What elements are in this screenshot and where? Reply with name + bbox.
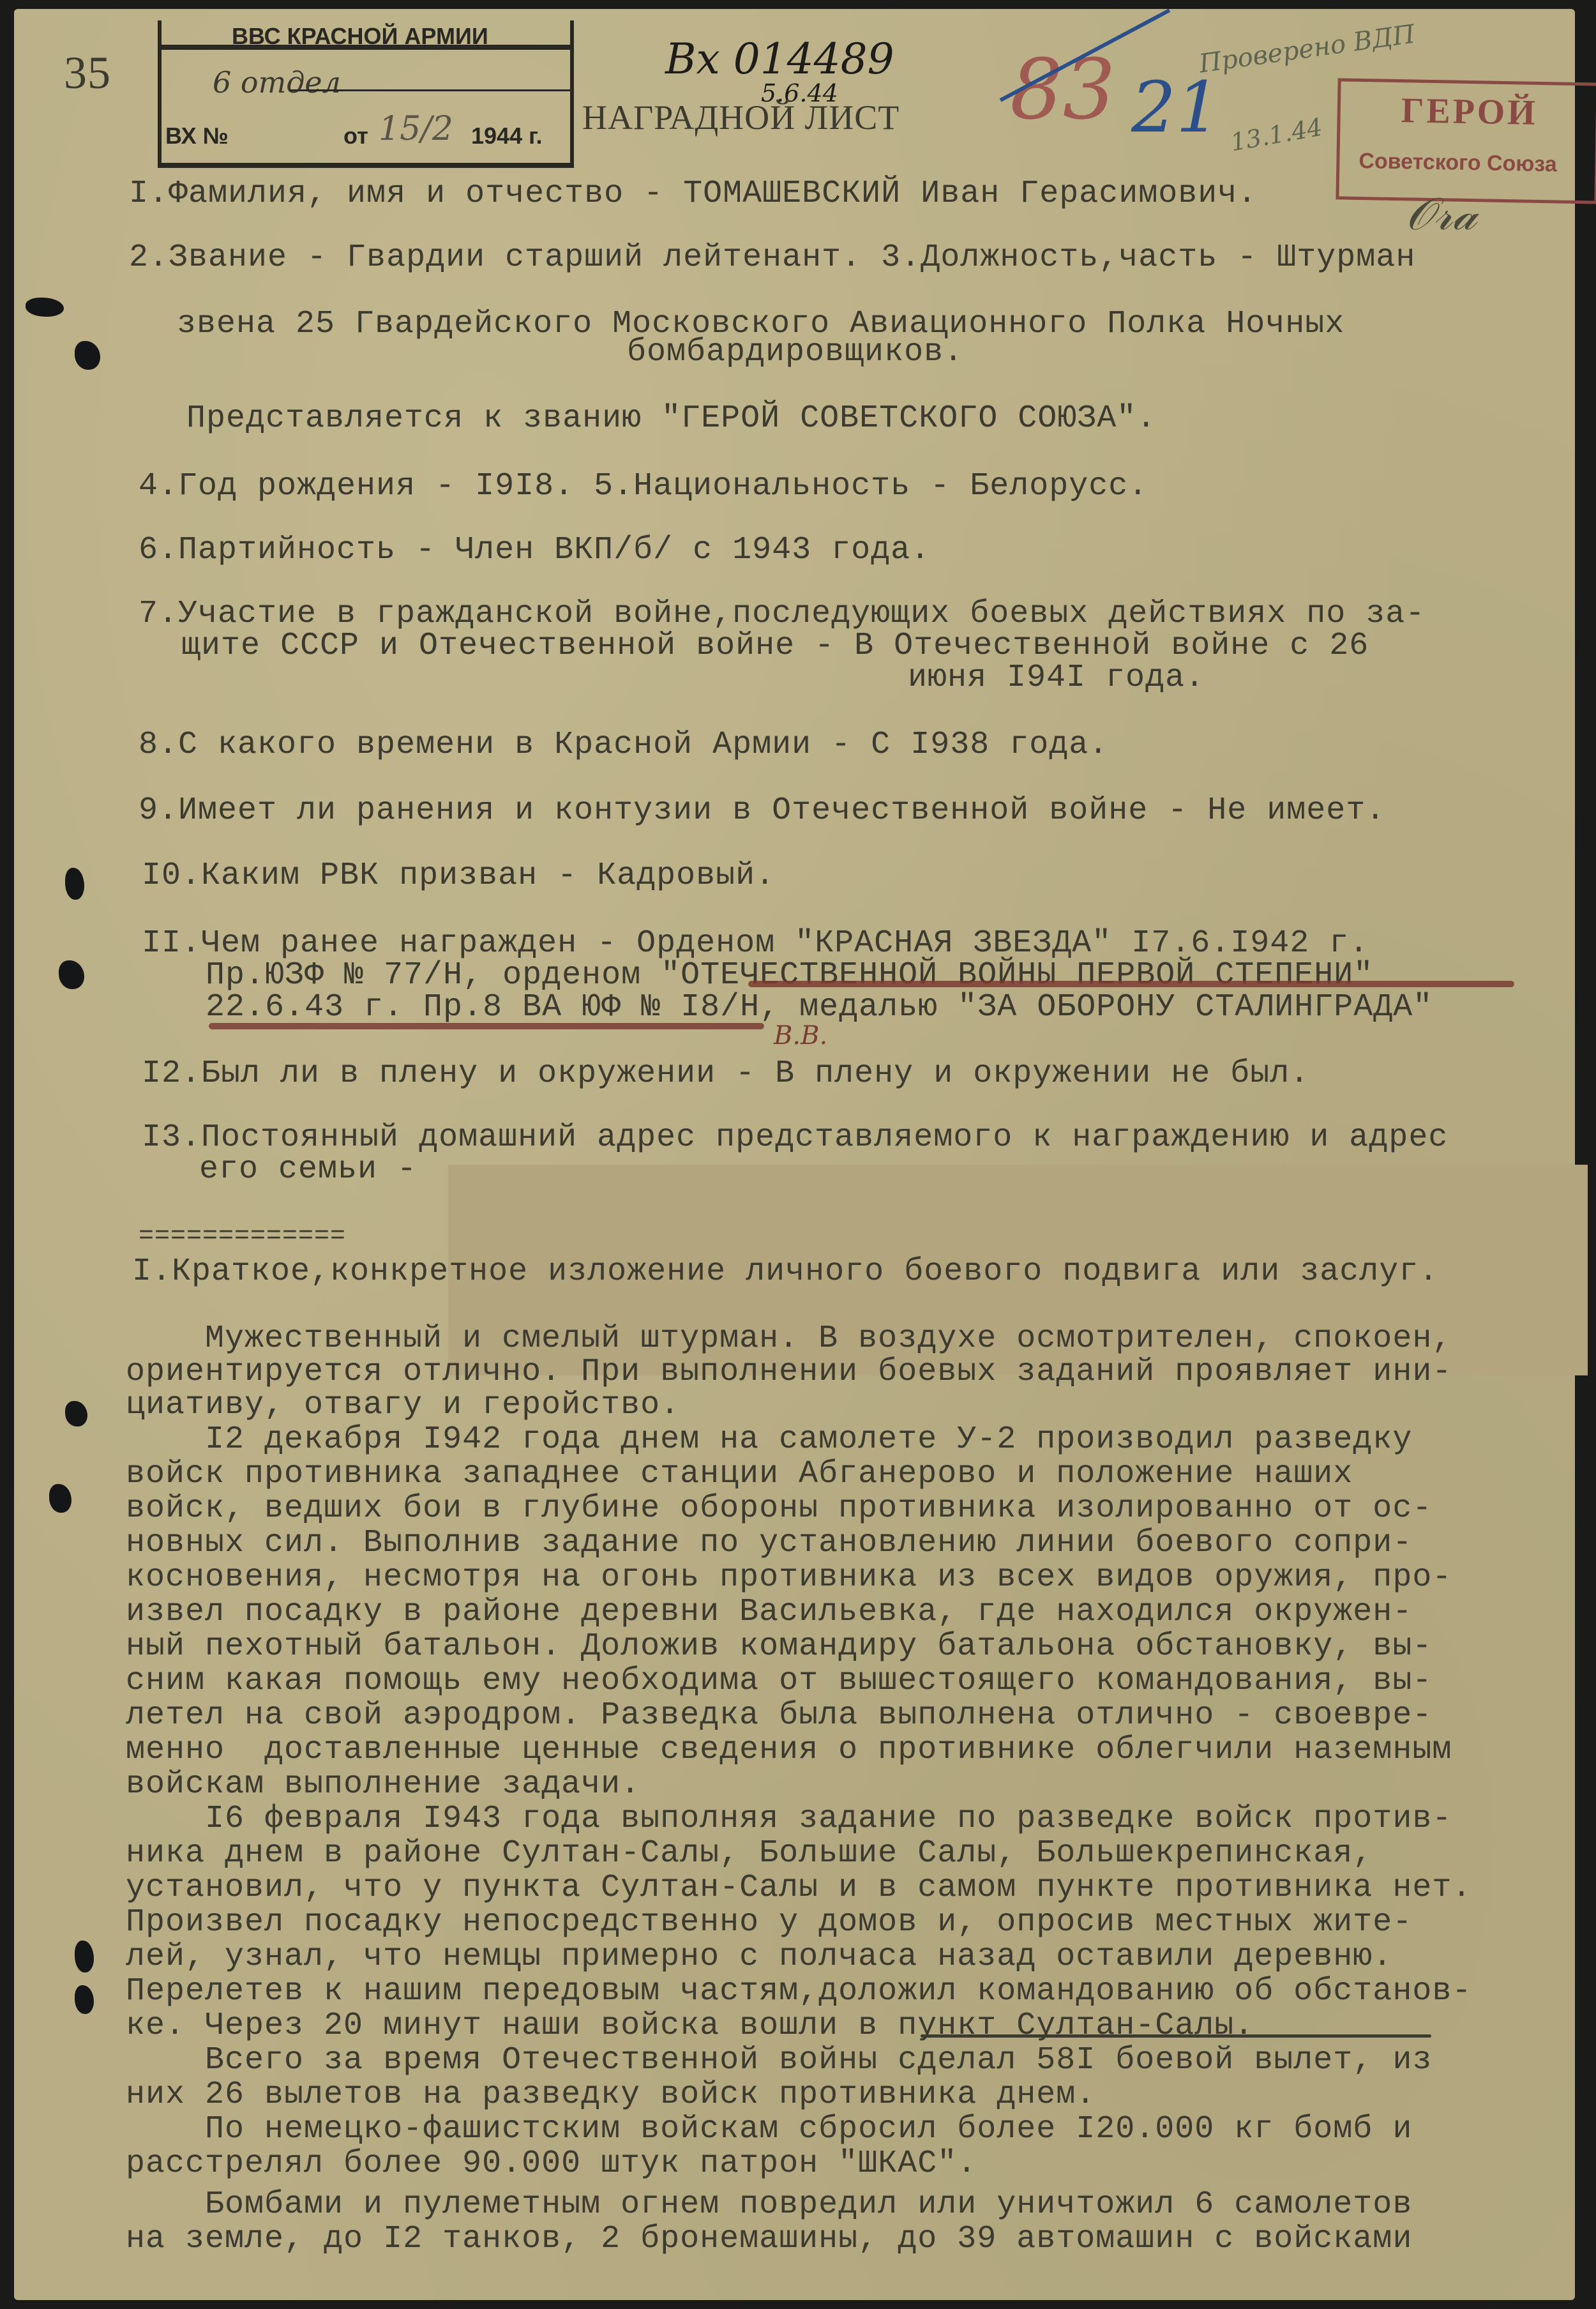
section-heading: I.Краткое,конкретное изложение личного б…: [132, 1254, 1438, 1290]
checked-date: 13.1.44: [1228, 113, 1324, 157]
hero-stamp: ГЕРОЙ Советского Союза: [1336, 78, 1596, 204]
field-12-captivity: I2.Был ли в плену и окружении - В плену …: [142, 1056, 1309, 1092]
stamp-date: 15/2: [379, 110, 453, 148]
field-8-service: 8.С какого времени в Красной Армии - С I…: [139, 727, 1108, 763]
stamp-department: 6 отдел: [213, 65, 341, 100]
blue-number: 21: [1131, 66, 1221, 148]
red-pencil-underline: [748, 981, 1514, 987]
field-7-participation: 7.Участие в гражданской войне,последующи…: [139, 596, 1425, 632]
separator: =============: [139, 1219, 346, 1255]
punch-hole: [75, 1941, 94, 1972]
margin-note: В.В.: [774, 1021, 827, 1050]
punch-hole: [65, 868, 84, 900]
stamp-date-prefix: от: [343, 123, 368, 149]
field-10-recruited: I0.Каким РВК призван - Кадровый.: [142, 858, 775, 894]
field-2-rank: 2.Звание - Гвардии старший лейтенант. 3.…: [129, 240, 1415, 276]
field-11-awards: II.Чем ранее награжден - Орденом "КРАСНА…: [142, 926, 1369, 962]
punch-hole: [59, 960, 84, 989]
incoming-number: Вх 014489: [665, 34, 894, 84]
hero-stamp-line2: Советского Союза: [1359, 149, 1557, 177]
field-6-party: 6.Партийность - Член ВКП/б/ с 1943 года.: [139, 533, 930, 568]
red-pencil-underline: [209, 1023, 764, 1029]
field-13-address: I3.Постоянный домашний адрес представляе…: [142, 1120, 1448, 1156]
field-11-awards-cont: Пр.ЮЗФ № 77/Н, орденом "ОТЕЧЕСТВЕННОЙ ВО…: [206, 958, 1373, 994]
body-text: Мужественный и смелый штурман. В воздухе…: [126, 1321, 1472, 2287]
stamp-incoming-prefix: ВХ №: [165, 123, 229, 149]
page-number: 35: [64, 47, 111, 98]
checked-note: Проверено ВДП: [1197, 20, 1417, 79]
field-4-birth-year: 4.Год рождения - I9I8. 5.Национальность …: [139, 469, 1148, 504]
nomination-line: Представляется к званию "ГЕРОЙ СОВЕТСКОГ…: [186, 401, 1156, 437]
field-1-name: I.Фамилия, имя и отчество - ТОМАШЕВСКИЙ …: [129, 176, 1257, 212]
punch-hole: [49, 1484, 72, 1513]
registration-stamp: ВВС КРАСНОЙ АРМИИ 6 отдел ВХ № от 15/2 1…: [158, 20, 574, 168]
stamp-year: 1944 г.: [471, 123, 542, 149]
punch-hole: [75, 1985, 94, 2014]
signature: 𝒪𝓇𝒶: [1406, 188, 1477, 241]
field-11-awards-cont2: 22.6.43 г. Пр.8 ВА ЮФ № I8/Н, медалью "З…: [206, 990, 1433, 1026]
document-sheet: 35 ВВС КРАСНОЙ АРМИИ 6 отдел ВХ № от 15/…: [14, 9, 1575, 2300]
field-7-cont2: июня I94I года.: [908, 660, 1205, 696]
field-9-wounds: 9.Имеет ли ранения и контузии в Отечеств…: [139, 793, 1385, 829]
field-13-address-cont: его семьи -: [199, 1152, 417, 1188]
document-title: НАГРАДНОЙ ЛИСТ: [582, 100, 900, 135]
punch-hole: [75, 341, 100, 370]
punch-hole: [65, 1401, 87, 1427]
hero-stamp-line1: ГЕРОЙ: [1401, 90, 1538, 133]
field-3-unit-cont: бомбардировщиков.: [627, 335, 963, 370]
punch-hole: [26, 298, 64, 317]
red-number: 83: [1010, 41, 1115, 138]
pencil-underline-sorties: [921, 2034, 1431, 2038]
field-7-cont: щите СССР и Отечественной войне - В Отеч…: [181, 628, 1369, 664]
